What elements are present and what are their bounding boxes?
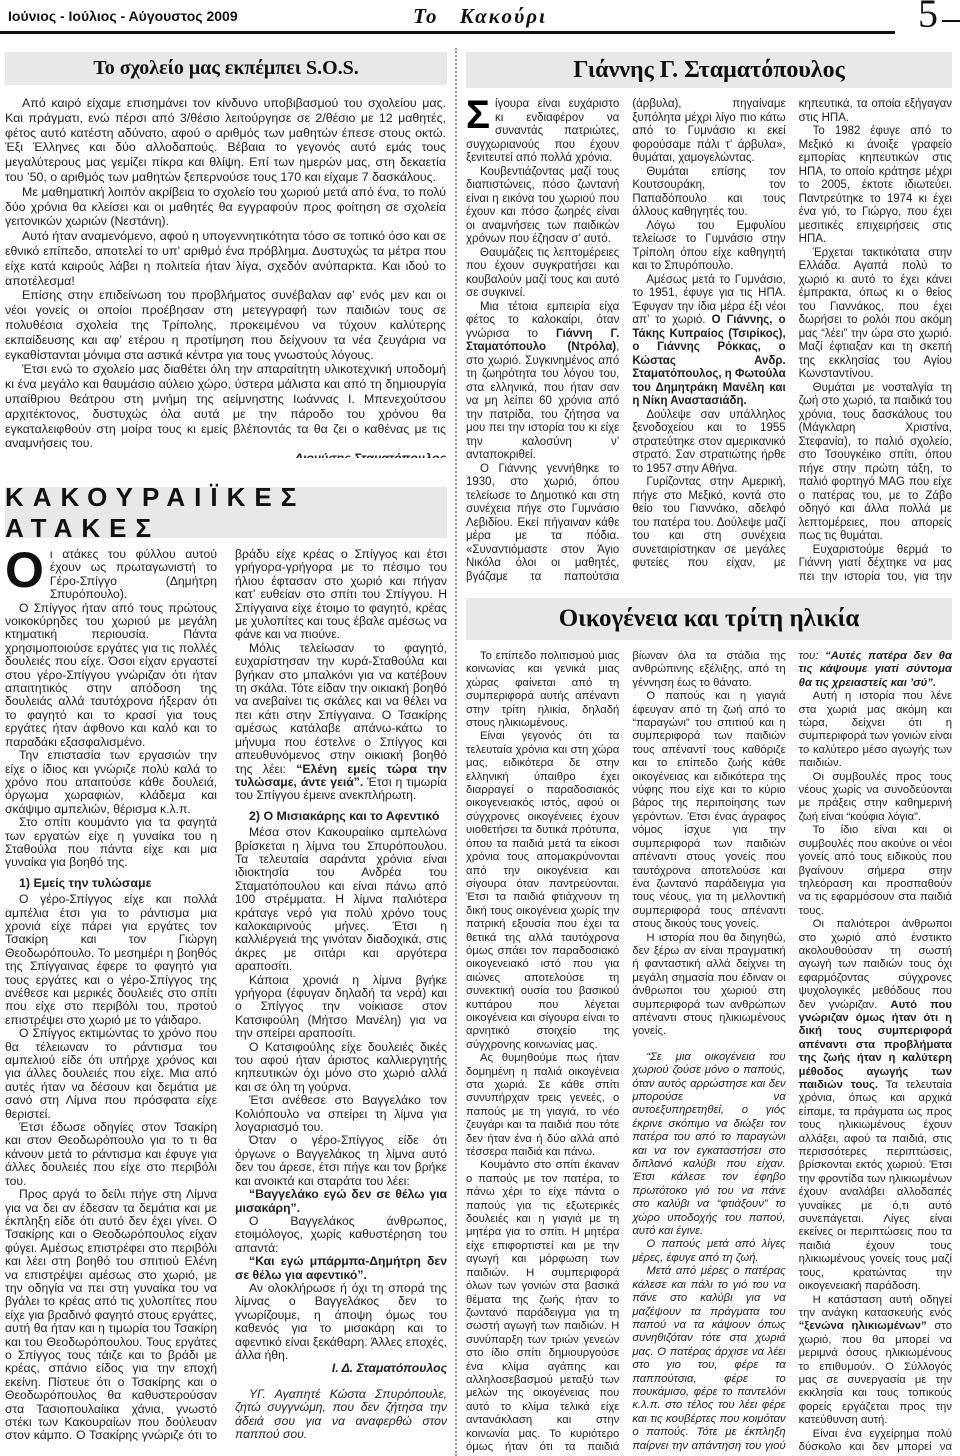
paragraph: Το επίπεδο πολιτισμού μιας κοινωνίας και… <box>466 650 619 730</box>
paragraph: Με μαθηματική λοιπόν ακρίβεια το σχολείο… <box>5 185 446 229</box>
paragraph: Μόλις τελείωσαν το φαγητό, ευχαρίστησαν … <box>235 642 447 803</box>
stamatopoulos-article-header: Γιάννης Γ. Σταματόπουλος <box>466 52 952 88</box>
story-quote: “Σε μια οικογένεια του χωριού ζούσε μόνο… <box>632 1051 785 1239</box>
atakes-signature: Ι. Δ. Σταματόπουλος <box>235 1362 447 1375</box>
paragraph: Οι παλιότεροι άνθρωποι στο χωριό από ένσ… <box>799 918 952 1293</box>
atakes-postscript: ΥΓ. Αγαπητέ Κώστα Σπυρόπουλε, ζητώ συγγν… <box>235 1388 447 1442</box>
paragraph: Η κατάσταση αυτή οδηγεί την ανάγκη κατασ… <box>799 1294 952 1428</box>
paragraph: Ο Κατσιφούλης είχε δουλειές δικές του αφ… <box>235 1041 447 1095</box>
atakes-story1-heading: 1) Εμείς την τυλώσαμε <box>5 877 217 890</box>
stamatopoulos-article-title: Γιάννης Γ. Σταματόπουλος <box>573 57 844 84</box>
atakes-section-title: ΚΑΚΟΥΡΑΙΪΚΕΣ ΑΤΑΚΕΣ <box>5 482 447 544</box>
header-rule <box>0 31 895 34</box>
atakes-section-body: Οι ατάκες του φύλλου αυτού έχουν ως πρωτ… <box>5 548 447 1456</box>
column-divider <box>455 48 457 1456</box>
paragraph: Την επιστασία των εργασιών την είχε ο ίδ… <box>5 749 217 816</box>
paragraph: Αυτή η ιστορία που λένε στα χωριά μας ακ… <box>799 690 952 770</box>
paragraph: Το 1982 έφυγε από το Μεξικό κι άνοιξε γρ… <box>799 125 952 247</box>
masthead-title: Το Κακούρι <box>0 4 960 29</box>
family-article-body: Το επίπεδο πολιτισμού μιας κοινωνίας και… <box>466 650 952 1456</box>
paragraph: Θαυμάζεις τις λεπτομέρειες που έχουν συγ… <box>466 247 619 301</box>
paragraph: Οι συμβουλές προς τους νέους χωρίς να συ… <box>799 771 952 825</box>
stamatopoulos-article-body: Σίγουρα είναι ευχάριστο κι ενδιαφέρον να… <box>466 98 952 590</box>
story-quote: Ο παπούς μετά από λίγες μέρες, έφυγε από… <box>632 1238 785 1265</box>
paragraph: Θυμάται επίσης τον Κουτσουράκη, τον Παπα… <box>632 166 785 220</box>
paragraph: Θυμάται με νοσταλγία τη ζωή στο χωριό, τ… <box>799 382 952 544</box>
paragraph: Ο παπούς και η γιαγιά έφευγαν από τη ζωή… <box>632 690 785 931</box>
paragraph: Είναι γεγονός ότι τα τελευταία χρόνια κα… <box>466 730 619 1052</box>
paragraph: Η ιστορία που θα διηγηθώ, δεν ξέρω αν εί… <box>632 932 785 1039</box>
dropcap-sigma: Σ <box>466 99 490 132</box>
paragraph: Οι ατάκες του φύλλου αυτού έχουν ως πρωτ… <box>5 548 217 602</box>
school-article-header: Το σχολείο μας εκπέμπει S.O.S. <box>5 52 447 85</box>
page-number: 5 <box>918 0 938 34</box>
atakes-section-header: ΚΑΚΟΥΡΑΙΪΚΕΣ ΑΤΑΚΕΣ <box>5 487 447 538</box>
paragraph: Στο σπίτι κουμάντο για τα φαγητά των εργ… <box>5 816 217 870</box>
paragraph: Ο Σπίγγος εκτιμώντας το χρόνο που θα τέλ… <box>5 1027 217 1121</box>
school-article-title: Το σχολείο μας εκπέμπει S.O.S. <box>93 57 359 80</box>
paragraph: Το ίδιο είναι και οι συμβουλές που ακούν… <box>799 824 952 918</box>
paragraph: Αν ολοκλήρωσε ή όχι τη σπορά της λίμνας … <box>235 1282 447 1362</box>
paragraph: Έρχεται τακτικότατα στην Ελλάδα. Αγαπά π… <box>799 247 952 382</box>
school-article-signature: Διονύσης Σταματόπουλος <box>5 451 446 458</box>
paragraph: Έτσι ανέθεσε στο Βαγγελάκο τον Κολιόπουλ… <box>235 1094 447 1134</box>
paragraph: Κάποια χρονιά η λίμνα βγήκε γρήγορα (έφυ… <box>235 974 447 1041</box>
paragraph: Από καιρό είχαμε επισημάνει τον κίνδυνο … <box>5 96 446 185</box>
paragraph: Αυτό ήταν αναμενόμενο, αφού η υπογεννητι… <box>5 229 446 288</box>
paragraph: Έτσι ενώ το σχολείο μας διαθέτει όλη την… <box>5 362 446 451</box>
family-article-header: Οικογένεια και τρίτη ηλικία <box>466 598 952 640</box>
atakes-story2-heading: 2) Ο Μισιακάρης και το Αφεντικό <box>235 810 447 823</box>
paragraph: Αμέσως μετά το Γυμνάσιο, το 1951, έφυγε … <box>632 274 785 409</box>
page-number-rule <box>942 20 960 22</box>
paragraph: Μέσα στον Κακουραίικο αμπελώνα βρίσκεται… <box>235 826 447 973</box>
paragraph: Ο γέρο-Σπίγγος είχε και πολλά αμπέλια έτ… <box>5 893 217 1027</box>
paragraph: Δούλεψε σαν υπάλληλος ξενοδοχείου και το… <box>632 409 785 477</box>
paragraph: Σίγουρα είναι ευχάριστο κι ενδιαφέρον να… <box>466 98 619 166</box>
dropcap-o: Ο <box>5 550 44 590</box>
paragraph: Ας θυμηθούμε πως ήταν δομημένη η παλιά ο… <box>466 1052 619 1159</box>
quote-vangelako: “Βαγγελάκο εγώ δεν σε θέλω για μισακάρη”… <box>235 1188 447 1215</box>
paragraph: Λόγω του Εμφυλίου τελείωσε το Γυμνάσιο σ… <box>632 220 785 274</box>
paragraph: Όταν ο γέρο-Σπίγγος είδε ότι όργωνε ο Βα… <box>235 1134 447 1188</box>
paragraph: Ο Σπίγγος ήταν από τους πρώτους νοικοκύρ… <box>5 602 217 749</box>
family-article-title: Οικογένεια και τρίτη ηλικία <box>559 605 860 633</box>
quote-barba: “Και εγώ μπάρμπα-Δημήτρη δεν σε θέλω για… <box>235 1255 447 1282</box>
paragraph: Κουβεντιάζοντας μαζί τους διαπιστώνεις, … <box>466 166 619 247</box>
newspaper-page: Ιούνιος - Ιούλιος - Αύγουστος 2009 Το Κα… <box>0 0 960 1456</box>
paragraph: Έτσι έδωσε οδηγίες στον Τσακίρη και στον… <box>5 1121 217 1188</box>
paragraph: Επίσης στην επιδείνωση του προβλήματος σ… <box>5 288 446 362</box>
paragraph: Ο Βαγγελάκος άνθρωπος, ετοιμόλογος, χωρί… <box>235 1215 447 1255</box>
paragraph: Μια τέτοια εμπειρία είχα φέτος το καλοκα… <box>466 301 619 463</box>
school-article-body: Από καιρό είχαμε επισημάνει τον κίνδυνο … <box>5 96 446 458</box>
